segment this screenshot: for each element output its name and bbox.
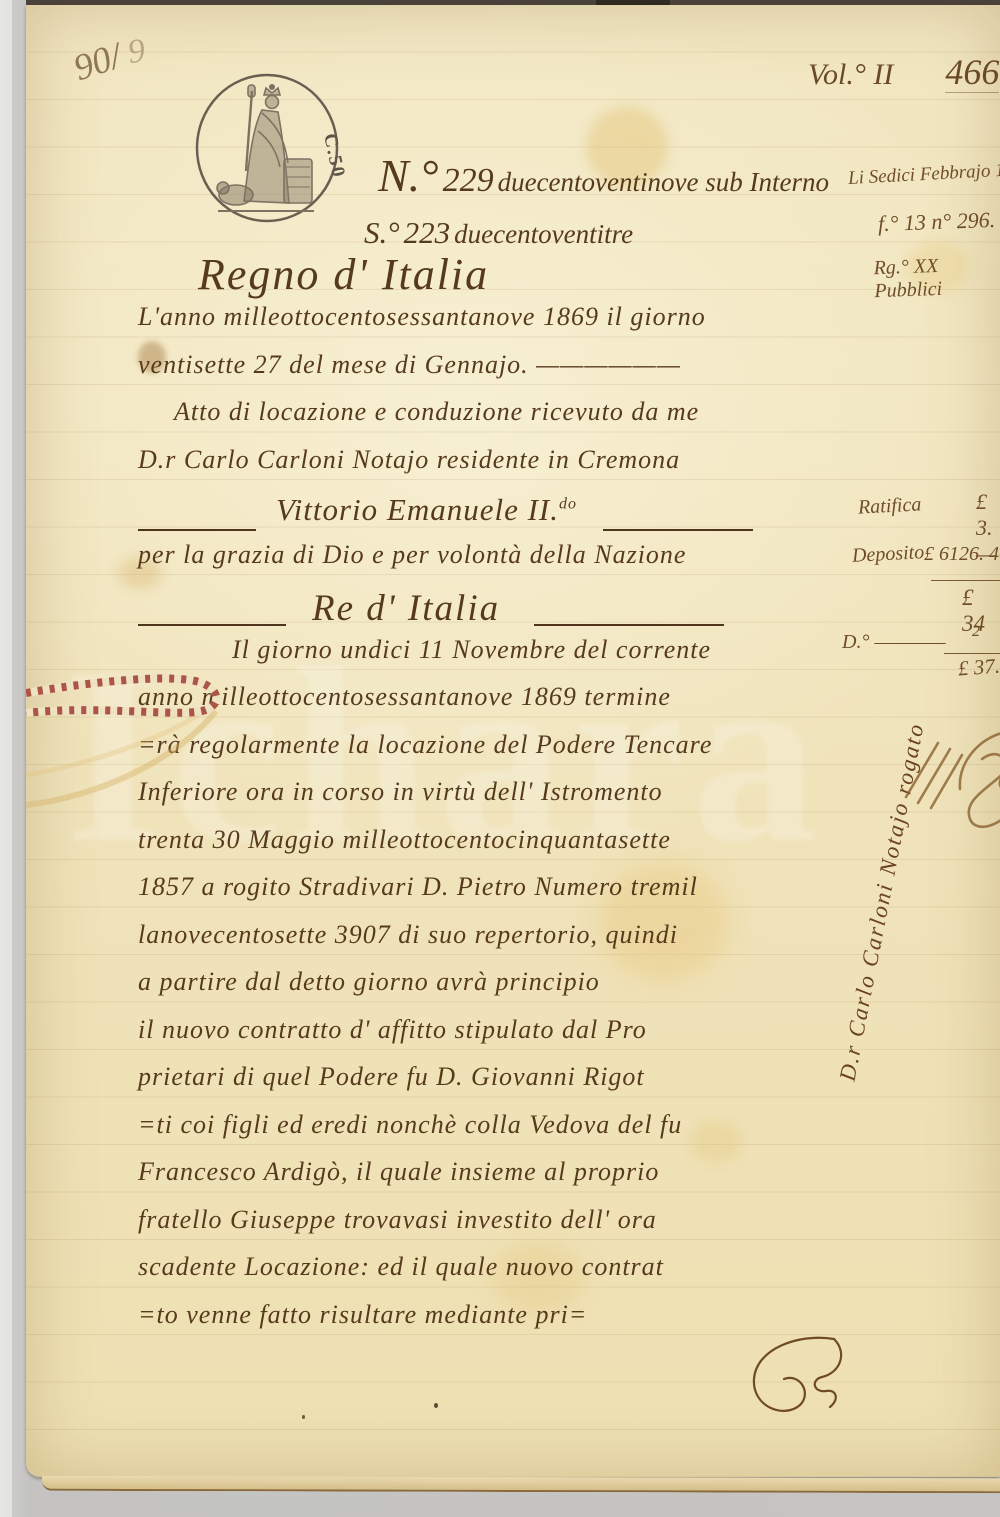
body-line: Atto di locazione e conduzione ricevuto … [138,397,850,445]
margin-rule [931,580,1000,581]
royal-name-ordinal: do [559,496,577,513]
stamp-denomination: C.50 [319,132,349,181]
kingdom-heading: Regno d' Italia [198,249,489,300]
royal-name-line: Vittorio Emanuele II.do [138,492,850,540]
deposito-amount: £ 6126. 46. 31. [924,543,1000,566]
body-line: D.r Carlo Carloni Notajo residente in Cr… [138,445,850,493]
registration-register-ref: Rg.° XX Pubblici [873,253,1000,303]
signature-paraph [898,697,1000,882]
secondary-number: 223 [404,215,451,250]
binding-cord [26,645,256,835]
rule-segment [138,624,286,626]
rule-segment [534,624,724,626]
registration-date: Li Sedici Febbrajo 18 [848,158,1000,190]
royal-title-line: Re d' Italia [138,587,850,635]
paper-speck [434,1403,438,1408]
revenue-stamp: C.50 [192,71,342,227]
folio-number: 466 [945,52,999,93]
scanner-background-edge [0,0,12,1517]
royal-motto-line: per la grazia di Dio e per volontà della… [138,540,850,588]
body-line: scadente Locazione: ed il quale nuovo co… [138,1252,850,1300]
royal-title: Re d' Italia [312,587,500,630]
body-line: ventisette 27 del mese di Gennajo. —————… [138,350,850,398]
act-number-prefix: N.° [378,150,439,201]
paper-speck [302,1415,305,1419]
body-line: lanovecentosette 3907 di suo repertorio,… [138,920,850,968]
secondary-number-line: S.° 223 duecentoventitre [364,215,633,251]
scanned-notarial-document: { "page_marks": { "pencil_number": "90/"… [0,0,1000,1517]
manuscript-page: Ichara 90/ 9 Vol.° II466 C.50 [26,5,1000,1477]
body-line: =ti coi figli ed eredi nonchè colla Vedo… [138,1110,850,1158]
body-line: fratello Giuseppe trovavasi investito de… [138,1205,850,1253]
small-figure: 2 [972,623,980,641]
deposito-label: Deposito [851,541,924,568]
volume-label: Vol.° II [808,58,893,91]
body-line: L'anno milleottocentosessantanove 1869 i… [138,302,850,350]
pencil-page-number: 90/ [69,35,127,91]
volume-folio-line: Vol.° II466 [808,51,999,93]
registration-folio-ref: f.° 13 n° 296. [878,207,996,237]
ditto-mark: D.° ———— [842,631,946,654]
rule-segment [603,529,753,531]
allegory-of-italy-figure [217,85,314,211]
body-line: prietari di quel Podere fu D. Giovanni R… [138,1062,850,1110]
body-line: il nuovo contratto d' affitto stipulato … [138,1015,850,1063]
body-line: 1857 a rogito Stradivari D. Pietro Numer… [138,872,850,920]
amount-37: £ 37. [957,654,1000,682]
rule-segment [138,529,256,531]
ratifica-label: Ratifica [857,493,921,519]
secondary-number-prefix: S.° [364,215,400,250]
royal-name: Vittorio Emanuele II.do [276,492,577,528]
closing-flourish [738,1331,868,1426]
pencil-page-number-secondary: 9 [125,32,147,72]
act-number: 229 [443,162,494,199]
body-line: Francesco Ardigò, il quale insieme al pr… [138,1157,850,1205]
amount-34: £ 34 [962,585,1000,637]
secondary-number-words: duecentoventitre [454,219,633,249]
underlying-sheet-edge [42,1476,1000,1494]
act-number-words: duecentoventinove sub Interno [498,167,829,197]
body-line: a partire dal detto giorno avrà principi… [138,967,850,1015]
act-number-line: N.° 229 duecentoventinove sub Interno [378,149,829,202]
